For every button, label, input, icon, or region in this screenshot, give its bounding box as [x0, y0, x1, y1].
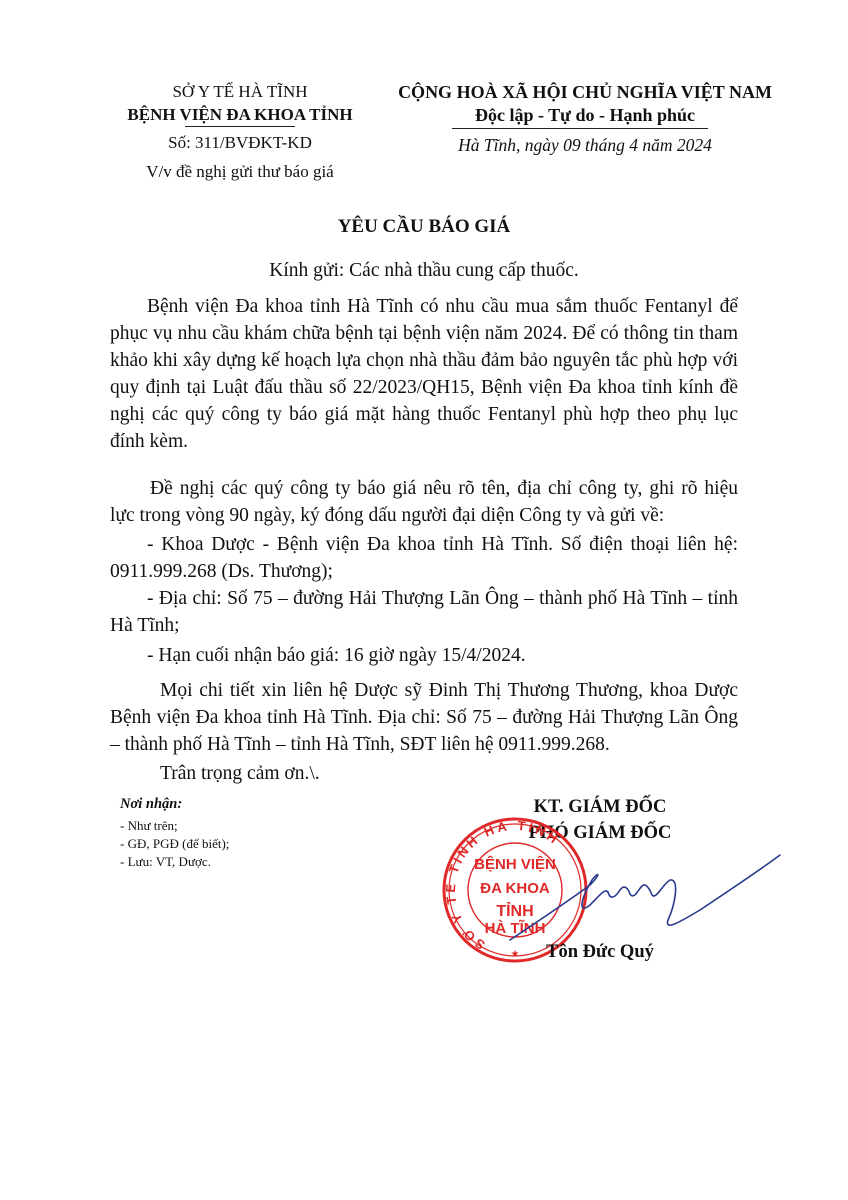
motto-underline [452, 128, 708, 129]
paragraph-1-line: nghị các quý công ty báo giá mặt hàng th… [110, 401, 738, 428]
paragraph-3-line: – thành phố Hà Tĩnh – tỉnh Hà Tĩnh, SĐT … [110, 731, 610, 758]
recipients-item: - Như trên; [120, 817, 178, 834]
bullet-item: - Khoa Dược - Bệnh viện Đa khoa tỉnh Hà … [147, 531, 738, 558]
paragraph-3-line: Bệnh viện Đa khoa tỉnh Hà Tĩnh. Địa chỉ:… [110, 704, 738, 731]
recipient-line: Kính gửi: Các nhà thầu cung cấp thuốc. [100, 257, 748, 284]
nation-motto: Độc lập - Tự do - Hạnh phúc [375, 103, 795, 127]
recipients-item: - GĐ, PGĐ (để biết); [120, 835, 229, 852]
paragraph-2-line: Đề nghị các quý công ty báo giá nêu rõ t… [150, 475, 738, 502]
bullet-item: - Địa chỉ: Số 75 – đường Hải Thượng Lãn … [147, 585, 738, 612]
signer-name: Tôn Đức Quý [520, 942, 680, 963]
document-number: Số: 311/BVĐKT-KD [100, 131, 380, 155]
paragraph-1-line: khảo khi xây dựng kế hoạch lựa chọn nhà … [110, 347, 738, 374]
recipients-title: Nơi nhận: [120, 796, 182, 813]
nation-title: CỘNG HOÀ XÃ HỘI CHỦ NGHĨA VIỆT NAM [375, 80, 795, 104]
document-title: YÊU CẦU BÁO GIÁ [100, 216, 748, 238]
bullet-item-continuation: Hà Tĩnh; [110, 612, 180, 639]
paragraph-1-line: Bệnh viện Đa khoa tỉnh Hà Tĩnh có nhu cầ… [147, 293, 738, 320]
paragraph-1-line: đính kèm. [110, 428, 188, 455]
bullet-item-continuation: 0911.999.268 (Ds. Thương); [110, 558, 333, 585]
hospital-name: BỆNH VIỆN ĐA KHOA TỈNH [100, 103, 380, 127]
closing-line: Trân trọng cảm ơn.\. [160, 760, 320, 787]
paragraph-3-line: Mọi chi tiết xin liên hệ Dược sỹ Đinh Th… [160, 677, 738, 704]
document-subject: V/v đề nghị gửi thư báo giá [100, 160, 380, 184]
agency-name: SỞ Y TẾ HÀ TĨNH [100, 80, 380, 104]
paragraph-1-line: phục vụ nhu cầu khám chữa bệnh tại bệnh … [110, 320, 738, 347]
paragraph-1-line: quy định tại Luật đấu thầu số 22/2023/QH… [110, 374, 738, 401]
paragraph-2-line: lực trong vòng 90 ngày, ký đóng dấu ngườ… [110, 502, 664, 529]
bullet-item: - Hạn cuối nhận báo giá: 16 giờ ngày 15/… [147, 642, 526, 669]
recipients-item: - Lưu: VT, Dược. [120, 853, 211, 870]
hospital-underline [185, 126, 295, 127]
document-date: Hà Tĩnh, ngày 09 tháng 4 năm 2024 [375, 133, 795, 157]
